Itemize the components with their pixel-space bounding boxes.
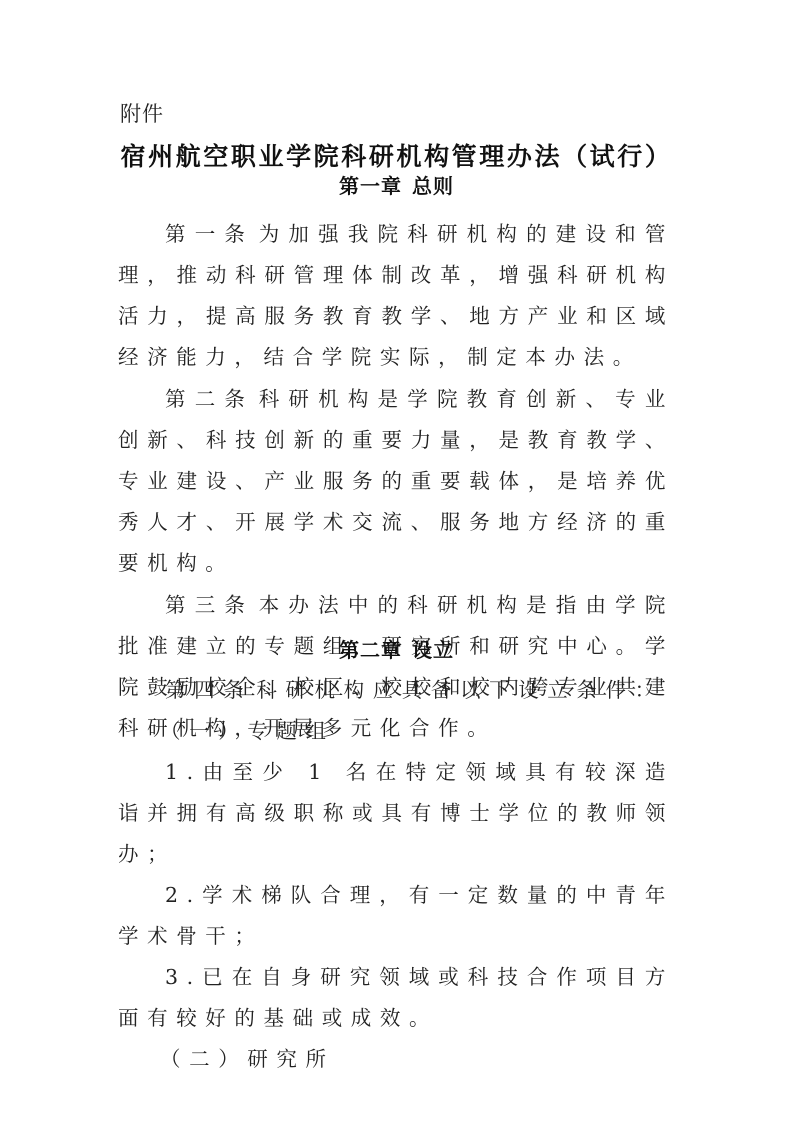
- article-number: 第三条: [165, 593, 254, 617]
- chapter-name: 总则: [412, 174, 454, 198]
- chapter-name: 设立: [412, 638, 454, 662]
- chapter-heading-2: 第二章设立: [0, 636, 793, 664]
- article-2: 第二条科研机构是学院教育创新、专业创新、科技创新的重要力量，是教育教学、专业建设…: [118, 379, 674, 584]
- chapter-number: 第一章: [339, 174, 402, 198]
- document-title: 宿州航空职业学院科研机构管理办法（试行）: [0, 140, 793, 174]
- chapter-heading-1: 第一章总则: [0, 172, 793, 200]
- annex-label: 附件: [120, 100, 164, 128]
- article-1: 第一条为加强我院科研机构的建设和管理，推动科研管理体制改革，增强科研机构活力，提…: [118, 214, 674, 378]
- list-item-2: 2.学术梯队合理，有一定数量的中青年学术骨干；: [118, 875, 674, 957]
- article-text: 科研机构应具备以下设立条件：: [256, 678, 663, 702]
- article-number: 第四条: [165, 678, 252, 702]
- chapter-2-body: 第四条科研机构应具备以下设立条件： （一）专题组 1.由至少 1 名在特定领域具…: [118, 670, 674, 1080]
- list-item-3: 3.已在自身研究领域或科技合作项目方面有较好的基础或成效。: [118, 957, 674, 1039]
- article-text: 科研机构是学院教育创新、专业创新、科技创新的重要力量，是教育教学、专业建设、产业…: [118, 387, 674, 575]
- document-page: 附件 宿州航空职业学院科研机构管理办法（试行） 第一章总则 第一条为加强我院科研…: [0, 0, 793, 1122]
- list-item-1: 1.由至少 1 名在特定领域具有较深造诣并拥有高级职称或具有博士学位的教师领办；: [118, 752, 674, 875]
- article-4: 第四条科研机构应具备以下设立条件：: [118, 670, 674, 711]
- section-heading-1: （一）专题组: [118, 711, 674, 752]
- article-number: 第一条: [165, 222, 254, 246]
- chapter-number: 第二章: [339, 638, 402, 662]
- section-heading-2: （二）研究所: [118, 1039, 674, 1080]
- article-number: 第二条: [165, 387, 254, 411]
- chapter-1-body: 第一条为加强我院科研机构的建设和管理，推动科研管理体制改革，增强科研机构活力，提…: [118, 214, 674, 749]
